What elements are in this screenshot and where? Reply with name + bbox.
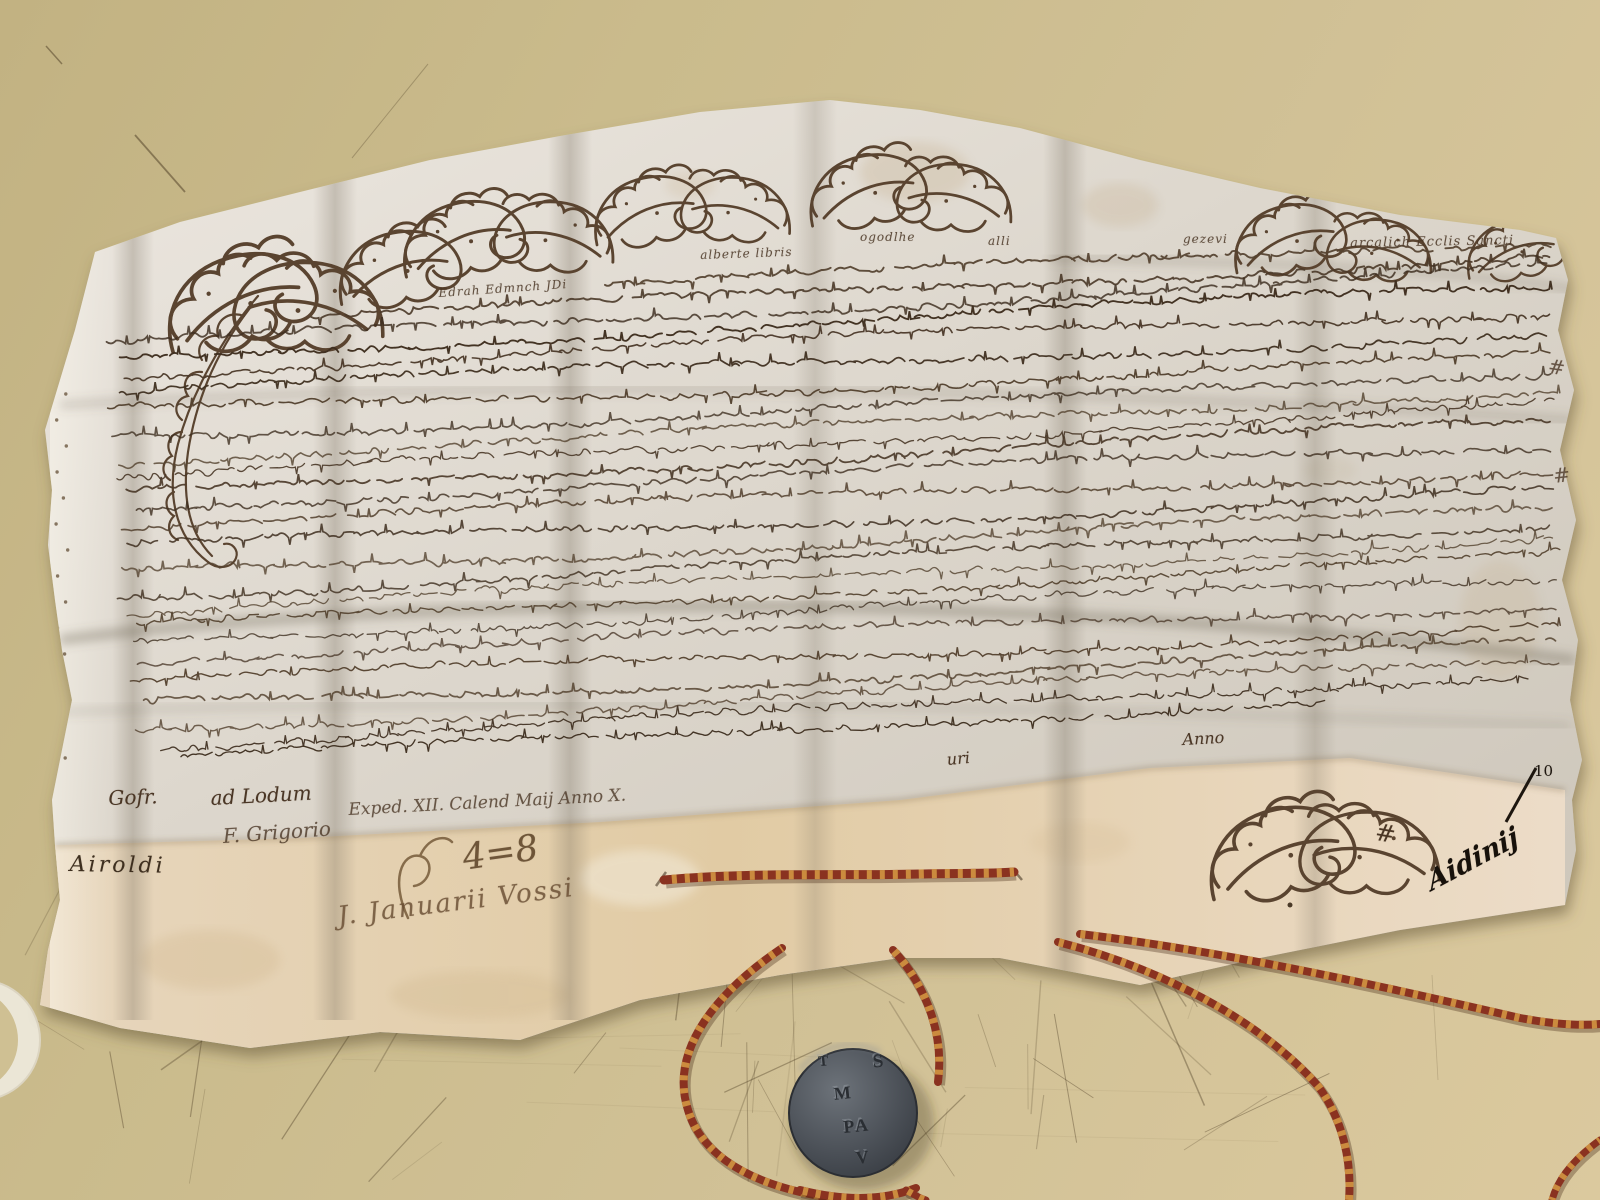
- seal-letter: M: [833, 1082, 852, 1104]
- dish-edge: [0, 980, 40, 1100]
- photo-canvas: T T S S M M PA PA V V: [0, 0, 1600, 1200]
- seal-letter: V: [855, 1147, 870, 1168]
- photographed-charter: T T S S M M PA PA V V arcalich Ecclis Sa…: [0, 0, 1600, 1200]
- lead-seal: T T S S M M PA PA V V: [789, 1045, 934, 1190]
- seal-letter: T: [818, 1053, 830, 1070]
- seal-letter: PA: [842, 1114, 871, 1137]
- seal-letter: S: [872, 1051, 885, 1073]
